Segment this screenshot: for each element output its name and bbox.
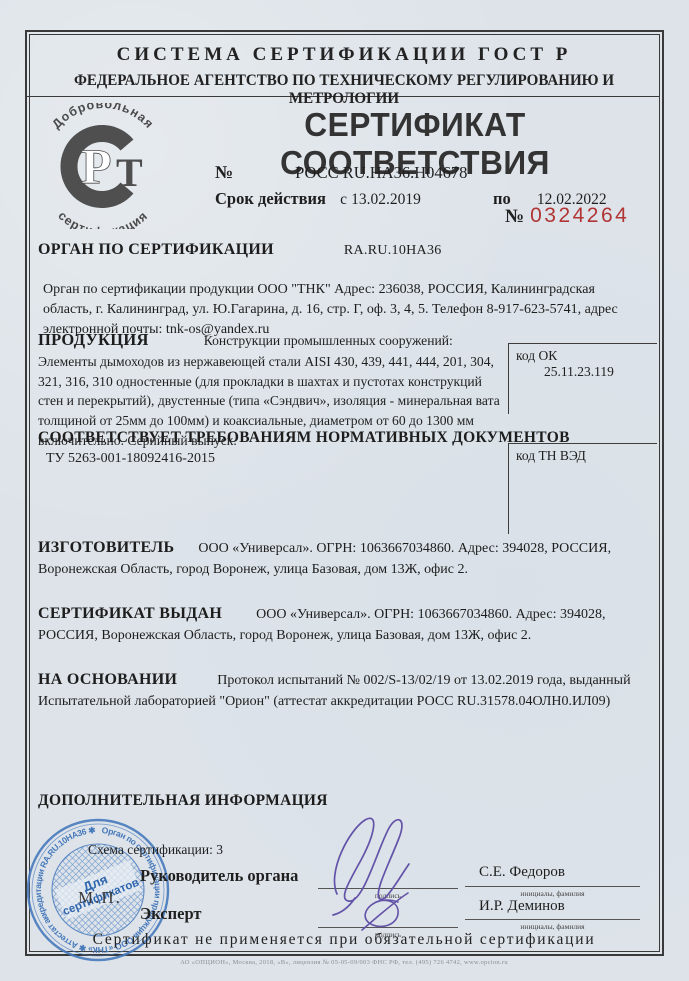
rst-voluntary-certification-logo-icon: Добровольная сертификация Р Т (28, 103, 180, 229)
issued-to-label: СЕРТИФИКАТ ВЫДАН (38, 605, 222, 622)
certification-body-row: ОРГАН ПО СЕРТИФИКАЦИИRA.RU.10НА36 (38, 241, 638, 259)
expert-name: И.Р. Деминов (465, 898, 654, 915)
head-name-caption: инициалы, фамилия (465, 889, 640, 898)
basis-section: НА ОСНОВАНИИПротокол испытаний № 002/S-1… (38, 669, 638, 712)
tnved-code-box: код ТН ВЭД (508, 443, 657, 534)
from-label: с (340, 191, 347, 208)
certification-system-title: СИСТЕМА СЕРТИФИКАЦИИ ГОСТ Р (30, 44, 658, 66)
head-name-line (465, 886, 640, 887)
expert-name-line (465, 919, 640, 920)
from-date: 13.02.2019 (351, 191, 421, 208)
expert-signature-ink (352, 890, 424, 935)
issued-to-section: СЕРТИФИКАТ ВЫДАНООО «Универсал». ОГРН: 1… (38, 603, 640, 646)
ok-code-box: код ОК 25.11.23.119 (508, 343, 657, 414)
svg-text:сертификация: сертификация (55, 209, 150, 229)
expert-name-caption: инициалы, фамилия (465, 922, 640, 931)
head-name: С.Е. Федоров (465, 864, 654, 881)
compliance-text: ТУ 5263-001-18092416-2015 (46, 451, 486, 467)
blank-number-value: 0324264 (530, 204, 629, 227)
manufacturer-label: ИЗГОТОВИТЕЛЬ (38, 539, 174, 556)
disclaimer-text: Сертификат не применяется при обязательн… (30, 931, 658, 949)
basis-label: НА ОСНОВАНИИ (38, 671, 177, 688)
blank-number-row: №0324264 (505, 204, 629, 228)
logo-letter-p: Р (81, 138, 112, 194)
certificate-number: РОСС RU.НА36.Н04678 (295, 163, 467, 182)
certificate-number-row: №РОСС RU.НА36.Н04678 (215, 162, 655, 183)
blank-number-sign: № (505, 206, 524, 227)
certification-scheme-text: Схема сертификации: 3 (88, 842, 223, 858)
certification-body-code: RA.RU.10НА36 (344, 243, 442, 258)
product-label: ПРОДУКЦИЯ (38, 330, 149, 349)
validity-label: Срок действия (215, 189, 326, 208)
tnved-code-label: код ТН ВЭД (516, 448, 586, 463)
number-sign: № (215, 162, 233, 182)
logo-letter-t: Т (116, 150, 143, 195)
stamp-place-mark: М.П. (78, 888, 122, 908)
ok-code-value: 25.11.23.119 (544, 364, 657, 380)
expert-role-label: Эксперт (140, 904, 202, 924)
certification-body-label: ОРГАН ПО СЕРТИФИКАЦИИ (38, 241, 274, 258)
head-role-label: Руководитель органа (140, 866, 298, 886)
ok-code-label: код ОК (516, 348, 557, 363)
manufacturer-section: ИЗГОТОВИТЕЛЬООО «Универсал». ОГРН: 10636… (38, 537, 640, 580)
